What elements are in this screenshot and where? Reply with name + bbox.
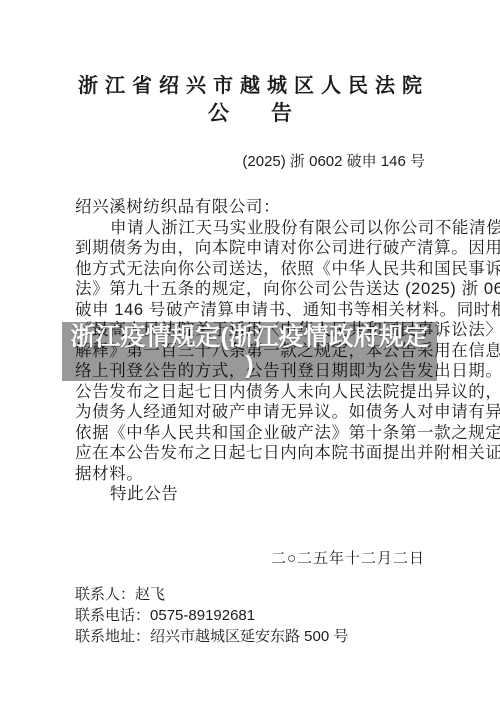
body-line: 应在本公告发布之日起七日内向本院书面提出并附相关证 <box>75 443 427 464</box>
seo-overlay-banner: 浙江疫情规定(浙江疫情政府规定 ) <box>62 322 437 381</box>
body-line: 到期债务为由，向本院申请对你公司进行破产清算。因用其 <box>75 238 427 259</box>
announcement-title: 公 告 <box>0 97 500 127</box>
closing-line: 特此公告 <box>75 484 427 505</box>
case-number: (2025) 浙 0602 破申 146 号 <box>242 150 425 171</box>
contact-phone-line: 联系电话：0575-89192681 <box>75 605 348 626</box>
contact-person-value: 赵飞 <box>135 586 165 603</box>
body-line: 申请人浙江天马实业股份有限公司以你公司不能清偿 <box>75 218 427 239</box>
body-line: 法》第九十五条的规定，向你公司公告送达 (2025) 浙 0602 <box>75 279 427 300</box>
body-line: 依据《中华人民共和国企业破产法》第十条第一款之规定， <box>75 423 427 444</box>
overlay-title-line1: 浙江疫情规定(浙江疫情政府规定 <box>62 323 437 351</box>
body-line: 他方式无法向你公司送达，依照《中华人民共和国民事诉讼 <box>75 259 427 280</box>
announcement-date: 二○二五年十二月二日 <box>271 547 425 568</box>
court-name: 浙江省绍兴市越城区人民法院 <box>0 69 500 98</box>
body-line: 破申 146 号破产清算申请书、通知书等相关材料。同时根据 <box>75 300 427 321</box>
addressee-line: 绍兴溪树纺织品有限公司： <box>75 197 427 218</box>
overlay-title-line2: ) <box>62 351 437 379</box>
contact-address-value: 绍兴市越城区延安东路 500 号 <box>150 628 348 645</box>
contact-address-label: 联系地址： <box>75 628 150 645</box>
court-announcement-page: 浙江省绍兴市越城区人民法院 公 告 (2025) 浙 0602 破申 146 号… <box>0 0 500 706</box>
contact-block: 联系人：赵飞 联系电话：0575-89192681 联系地址：绍兴市越城区延安东… <box>75 584 348 647</box>
contact-phone-label: 联系电话： <box>75 607 150 624</box>
contact-person-line: 联系人：赵飞 <box>75 584 348 605</box>
body-line: 公告发布之日起七日内债务人未向人民法院提出异议的，视 <box>75 382 427 403</box>
contact-person-label: 联系人： <box>75 586 135 603</box>
body-line: 为债务人经通知对破产申请无异议。如债务人对申请有异议， <box>75 402 427 423</box>
contact-address-line: 联系地址：绍兴市越城区延安东路 500 号 <box>75 626 348 647</box>
contact-phone-value: 0575-89192681 <box>150 607 255 624</box>
body-line: 据材料。 <box>75 464 427 485</box>
